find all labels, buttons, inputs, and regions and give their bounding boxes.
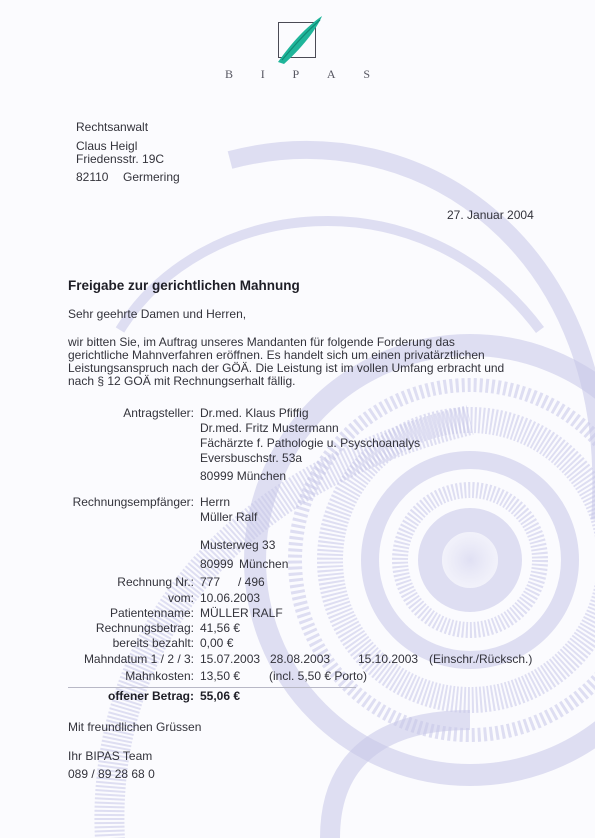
salutation: Sehr geehrte Damen und Herren, xyxy=(68,307,246,322)
reminder-dates-label: Mahndatum 1 / 2 / 3: xyxy=(84,652,194,666)
letter: B I P A S Rechtsanwalt Claus Heigl Fried… xyxy=(0,0,595,838)
invoice-date-label: vom: xyxy=(168,591,194,605)
phone-number: 089 / 89 28 68 0 xyxy=(68,767,155,782)
recipient-street: Friedensstr. 19C xyxy=(76,152,164,166)
patient-label: Patientenname: xyxy=(110,606,194,620)
patient-name: MÜLLER RALF xyxy=(200,606,283,620)
brand-letter: A xyxy=(327,67,336,82)
closing: Mit freundlichen Grüssen xyxy=(68,720,201,735)
brand-wordmark: B I P A S xyxy=(225,67,370,82)
invoice-number-suffix: / 496 xyxy=(238,575,265,589)
invoice-number-label: Rechnung Nr.: xyxy=(117,575,194,589)
applicant-line: Dr.med. Fritz Mustermann xyxy=(200,421,339,435)
sum-divider xyxy=(68,687,356,688)
letter-subject: Freigabe zur gerichtlichen Mahnung xyxy=(68,278,300,293)
reminder-note: (Einschr./Rücksch.) xyxy=(429,652,532,666)
applicant-line: Dr.med. Klaus Pfiffig xyxy=(200,406,309,420)
body-line: nach § 12 GOÄ mit Rechnungserhalt fällig… xyxy=(68,374,295,389)
open-amount: 55,06 € xyxy=(200,689,240,703)
paid-amount: 0,00 € xyxy=(200,636,233,650)
recipient-title: Rechtsanwalt xyxy=(76,120,148,134)
brand-letter: B xyxy=(225,67,233,82)
applicant-label: Antragsteller: xyxy=(123,406,194,420)
invoice-date: 10.06.2003 xyxy=(200,591,260,605)
invoice-recipient-name: Müller Ralf xyxy=(200,510,257,524)
fees-label: Mahnkosten: xyxy=(125,669,194,683)
invoice-amount: 41,56 € xyxy=(200,621,240,635)
recipient-zip: 82110 xyxy=(76,170,108,184)
signature: Ihr BIPAS Team xyxy=(68,749,152,764)
brand-letter: S xyxy=(363,67,370,82)
recipient-city: Germering xyxy=(123,170,180,184)
fees-note: (incl. 5,50 € Porto) xyxy=(269,669,367,683)
open-amount-label: offener Betrag: xyxy=(108,689,194,703)
paid-label: bereits bezahlt: xyxy=(113,636,194,650)
fees-amount: 13,50 € xyxy=(200,669,240,683)
reminder-date-2: 28.08.2003 xyxy=(270,652,330,666)
applicant-line: Fächärzte f. Pathologie u. Psyschoanalys xyxy=(200,436,420,450)
amount-label: Rechnungsbetrag: xyxy=(96,621,194,635)
brand-letter: I xyxy=(261,67,265,82)
invoice-recipient-street: Musterweg 33 xyxy=(200,538,275,552)
applicant-line: 80999 München xyxy=(200,469,286,483)
letter-date: 27. Januar 2004 xyxy=(447,208,534,222)
recipient-name: Claus Heigl xyxy=(76,139,137,153)
invoice-recipient-salutation: Herrn xyxy=(200,495,230,509)
invoice-recipient-zip: 80999 xyxy=(200,557,233,571)
brand-letter: P xyxy=(292,67,299,82)
invoice-recipient-city: München xyxy=(239,557,288,571)
applicant-line: Eversbuschstr. 53a xyxy=(200,451,302,465)
reminder-date-3: 15.10.2003 xyxy=(358,652,418,666)
invoice-recipient-label: Rechnungsempfänger: xyxy=(73,495,194,509)
feather-logo-icon xyxy=(270,12,330,70)
reminder-date-1: 15.07.2003 xyxy=(200,652,260,666)
invoice-number: 777 xyxy=(200,575,220,589)
